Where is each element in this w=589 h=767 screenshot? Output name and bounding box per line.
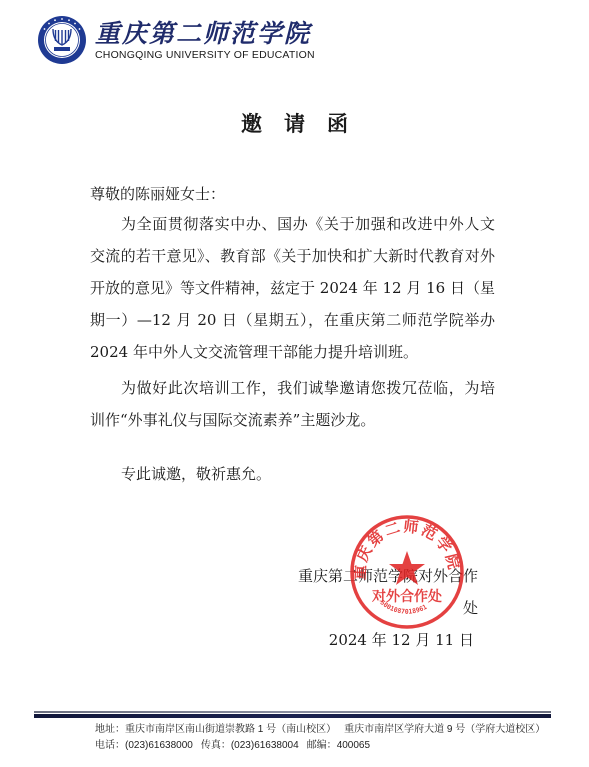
postcode-label: 邮编： bbox=[307, 740, 337, 751]
footer-divider bbox=[34, 711, 551, 720]
footer-contact: 地址：重庆市南岸区南山街道崇教路 1 号（南山校区）重庆市南岸区学府大道 9 号… bbox=[95, 722, 545, 754]
closing-remark: 专此诚邀，敬祈惠允。 bbox=[90, 458, 495, 490]
document-title: 邀请函 bbox=[0, 108, 589, 138]
fax-value: (023)61638004 bbox=[231, 740, 299, 751]
university-brand: 重庆第二师范学院 CHONGQING UNIVERSITY OF EDUCATI… bbox=[95, 20, 315, 61]
university-name-cn: 重庆第二师范学院 bbox=[95, 20, 315, 48]
footer-contact-line: 电话：(023)61638000传真：(023)61638004邮编：40006… bbox=[95, 738, 545, 754]
postcode-value: 400065 bbox=[337, 740, 370, 751]
address-nanshan: 重庆市南岸区南山街道崇教路 1 号（南山校区） bbox=[125, 724, 336, 735]
phone-value: (023)61638000 bbox=[125, 740, 193, 751]
university-name-en: CHONGQING UNIVERSITY OF EDUCATION bbox=[95, 49, 315, 61]
paragraph-invitation-request: 为做好此次培训工作，我们诚挚邀请您拨冗莅临，为培训作“外事礼仪与国际交流素养”主… bbox=[90, 372, 495, 436]
letterhead: 重庆第二师范学院 CHONGQING UNIVERSITY OF EDUCATI… bbox=[37, 15, 315, 65]
official-seal-icon: 重庆第二师范学院 对外合作处 5001087018961 bbox=[348, 513, 466, 631]
phone-label: 电话： bbox=[95, 740, 125, 751]
footer-address-line: 地址：重庆市南岸区南山街道崇教路 1 号（南山校区）重庆市南岸区学府大道 9 号… bbox=[95, 722, 545, 738]
address-xuefu: 重庆市南岸区学府大道 9 号（学府大道校区） bbox=[344, 724, 545, 735]
paragraph-invitation-details: 为全面贯彻落实中办、国办《关于加强和改进中外人文交流的若干意见》、教育部《关于加… bbox=[90, 208, 495, 368]
address-label: 地址： bbox=[95, 724, 125, 735]
fax-label: 传真： bbox=[201, 740, 231, 751]
salutation: 尊敬的陈丽娅女士： bbox=[90, 178, 495, 210]
university-emblem-icon bbox=[37, 15, 87, 65]
